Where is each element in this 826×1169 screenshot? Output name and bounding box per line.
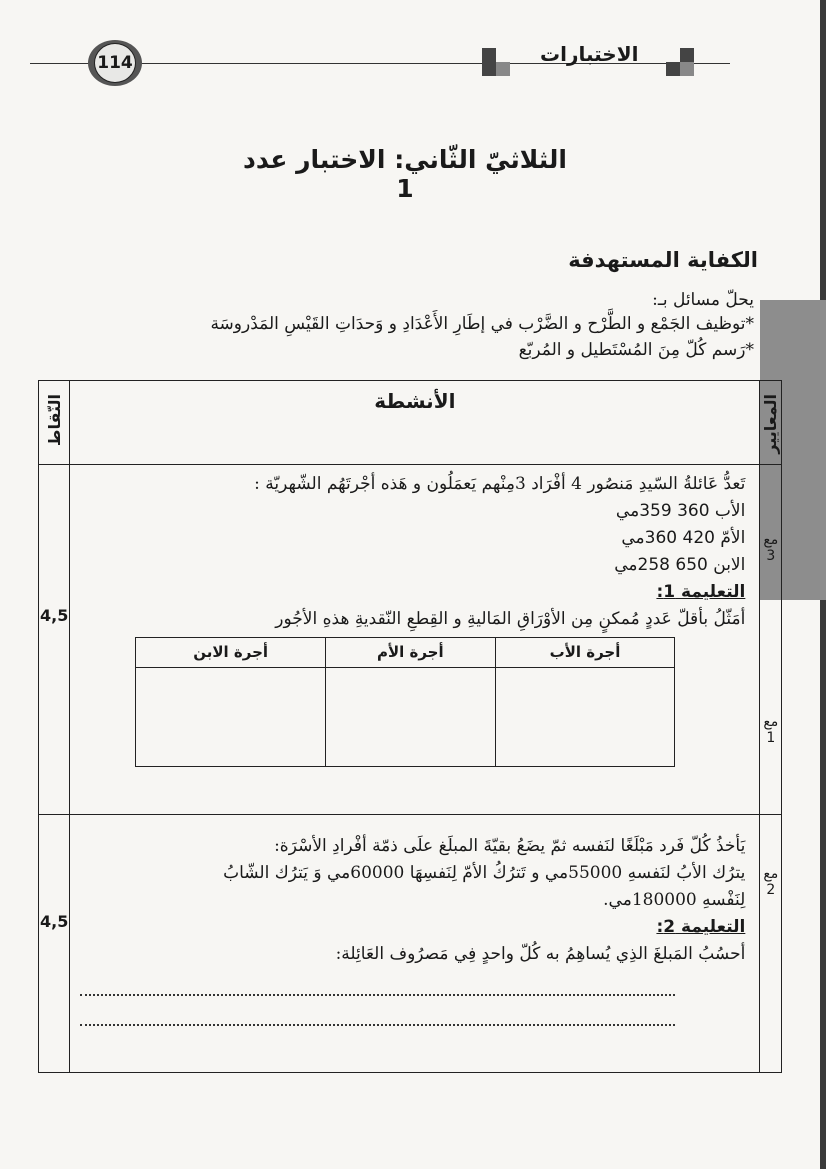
block-icon [666, 48, 696, 78]
col-father: أجرة الأب [495, 638, 675, 668]
col-son: أجرة الابن [136, 638, 326, 668]
answer-son[interactable] [136, 668, 326, 767]
page-number-badge: 114 [88, 40, 142, 86]
points-cell: 4,5 [39, 465, 70, 815]
criteria-cell: مع 2 [760, 815, 782, 1073]
competency-heading: الكفاية المستهدفة [568, 248, 758, 272]
criteria-label: مع 1 [761, 714, 780, 746]
points-value: 4,5 [40, 606, 68, 625]
activity-line: لِنَفْسهِ 180000مي. [80, 887, 745, 914]
header-section: الاختبارات [540, 42, 638, 66]
answer-father[interactable] [495, 668, 675, 767]
points-header: النّقاط [39, 381, 70, 465]
criteria-label: مع 3 [761, 532, 780, 564]
answer-line[interactable] [80, 1006, 675, 1026]
answer-mother[interactable] [325, 668, 495, 767]
competency-item: *توظيف الجَمْع و الطَّرْح و الضَّرْب في … [210, 314, 754, 334]
activity-line: يَأخذُ كُلّ فَرد مَبْلَغًا لنَفسه ثمّ يض… [80, 833, 745, 860]
page-title: الثلاثيّ الثّاني: الاختبار عدد 1 [240, 145, 570, 203]
points-value: 4,5 [40, 912, 68, 931]
competency-item: *رَسم كُلّ مِنَ المُسْتَطيل و المُربّع [519, 340, 754, 360]
instruction-label: التعليمة 2: [656, 917, 745, 937]
activities-table: المعايير الأنشطة النّقاط مع 3 مع 1 تَعدُ… [38, 380, 782, 1073]
answer-line[interactable] [80, 976, 675, 996]
criteria-header: المعايير [760, 381, 782, 465]
activities-header: الأنشطة [70, 381, 760, 465]
wage-father: الأب 360 359مي [80, 498, 745, 525]
wage-son: الابن 650 258مي [80, 552, 745, 579]
wage-mother: الأمّ 420 360مي [80, 525, 745, 552]
instruction-label: التعليمة 1: [656, 582, 745, 602]
page-number: 114 [94, 43, 136, 83]
instruction-text: أحسُبُ المَبلغَ الذِي يُساهِمُ به كُلّ و… [80, 941, 745, 968]
activity-line: يترُك الأبُ لنَفسهِ 55000مي و تَترُكُ ال… [80, 860, 745, 887]
criteria-cell: مع 3 مع 1 [760, 465, 782, 815]
instruction-text: أمَثّلُ بأقلّ عَددٍ مُمكنٍ مِن الأوْرَاق… [80, 606, 745, 633]
points-cell: 4,5 [39, 815, 70, 1073]
block-icon [482, 48, 512, 78]
activity-2: يَأخذُ كُلّ فَرد مَبْلَغًا لنَفسه ثمّ يض… [70, 815, 760, 1073]
criteria-label: مع 2 [761, 866, 780, 898]
competency-intro: يحلّ مسائل بـ: [652, 290, 754, 310]
activity-intro: تَعدُّ عَائلةُ السّيدِ مَنصُور 4 أفْرَاد… [80, 471, 745, 498]
activity-1: تَعدُّ عَائلةُ السّيدِ مَنصُور 4 أفْرَاد… [70, 465, 760, 815]
col-mother: أجرة الأم [325, 638, 495, 668]
wage-table: أجرة الأب أجرة الأم أجرة الابن [135, 637, 675, 767]
